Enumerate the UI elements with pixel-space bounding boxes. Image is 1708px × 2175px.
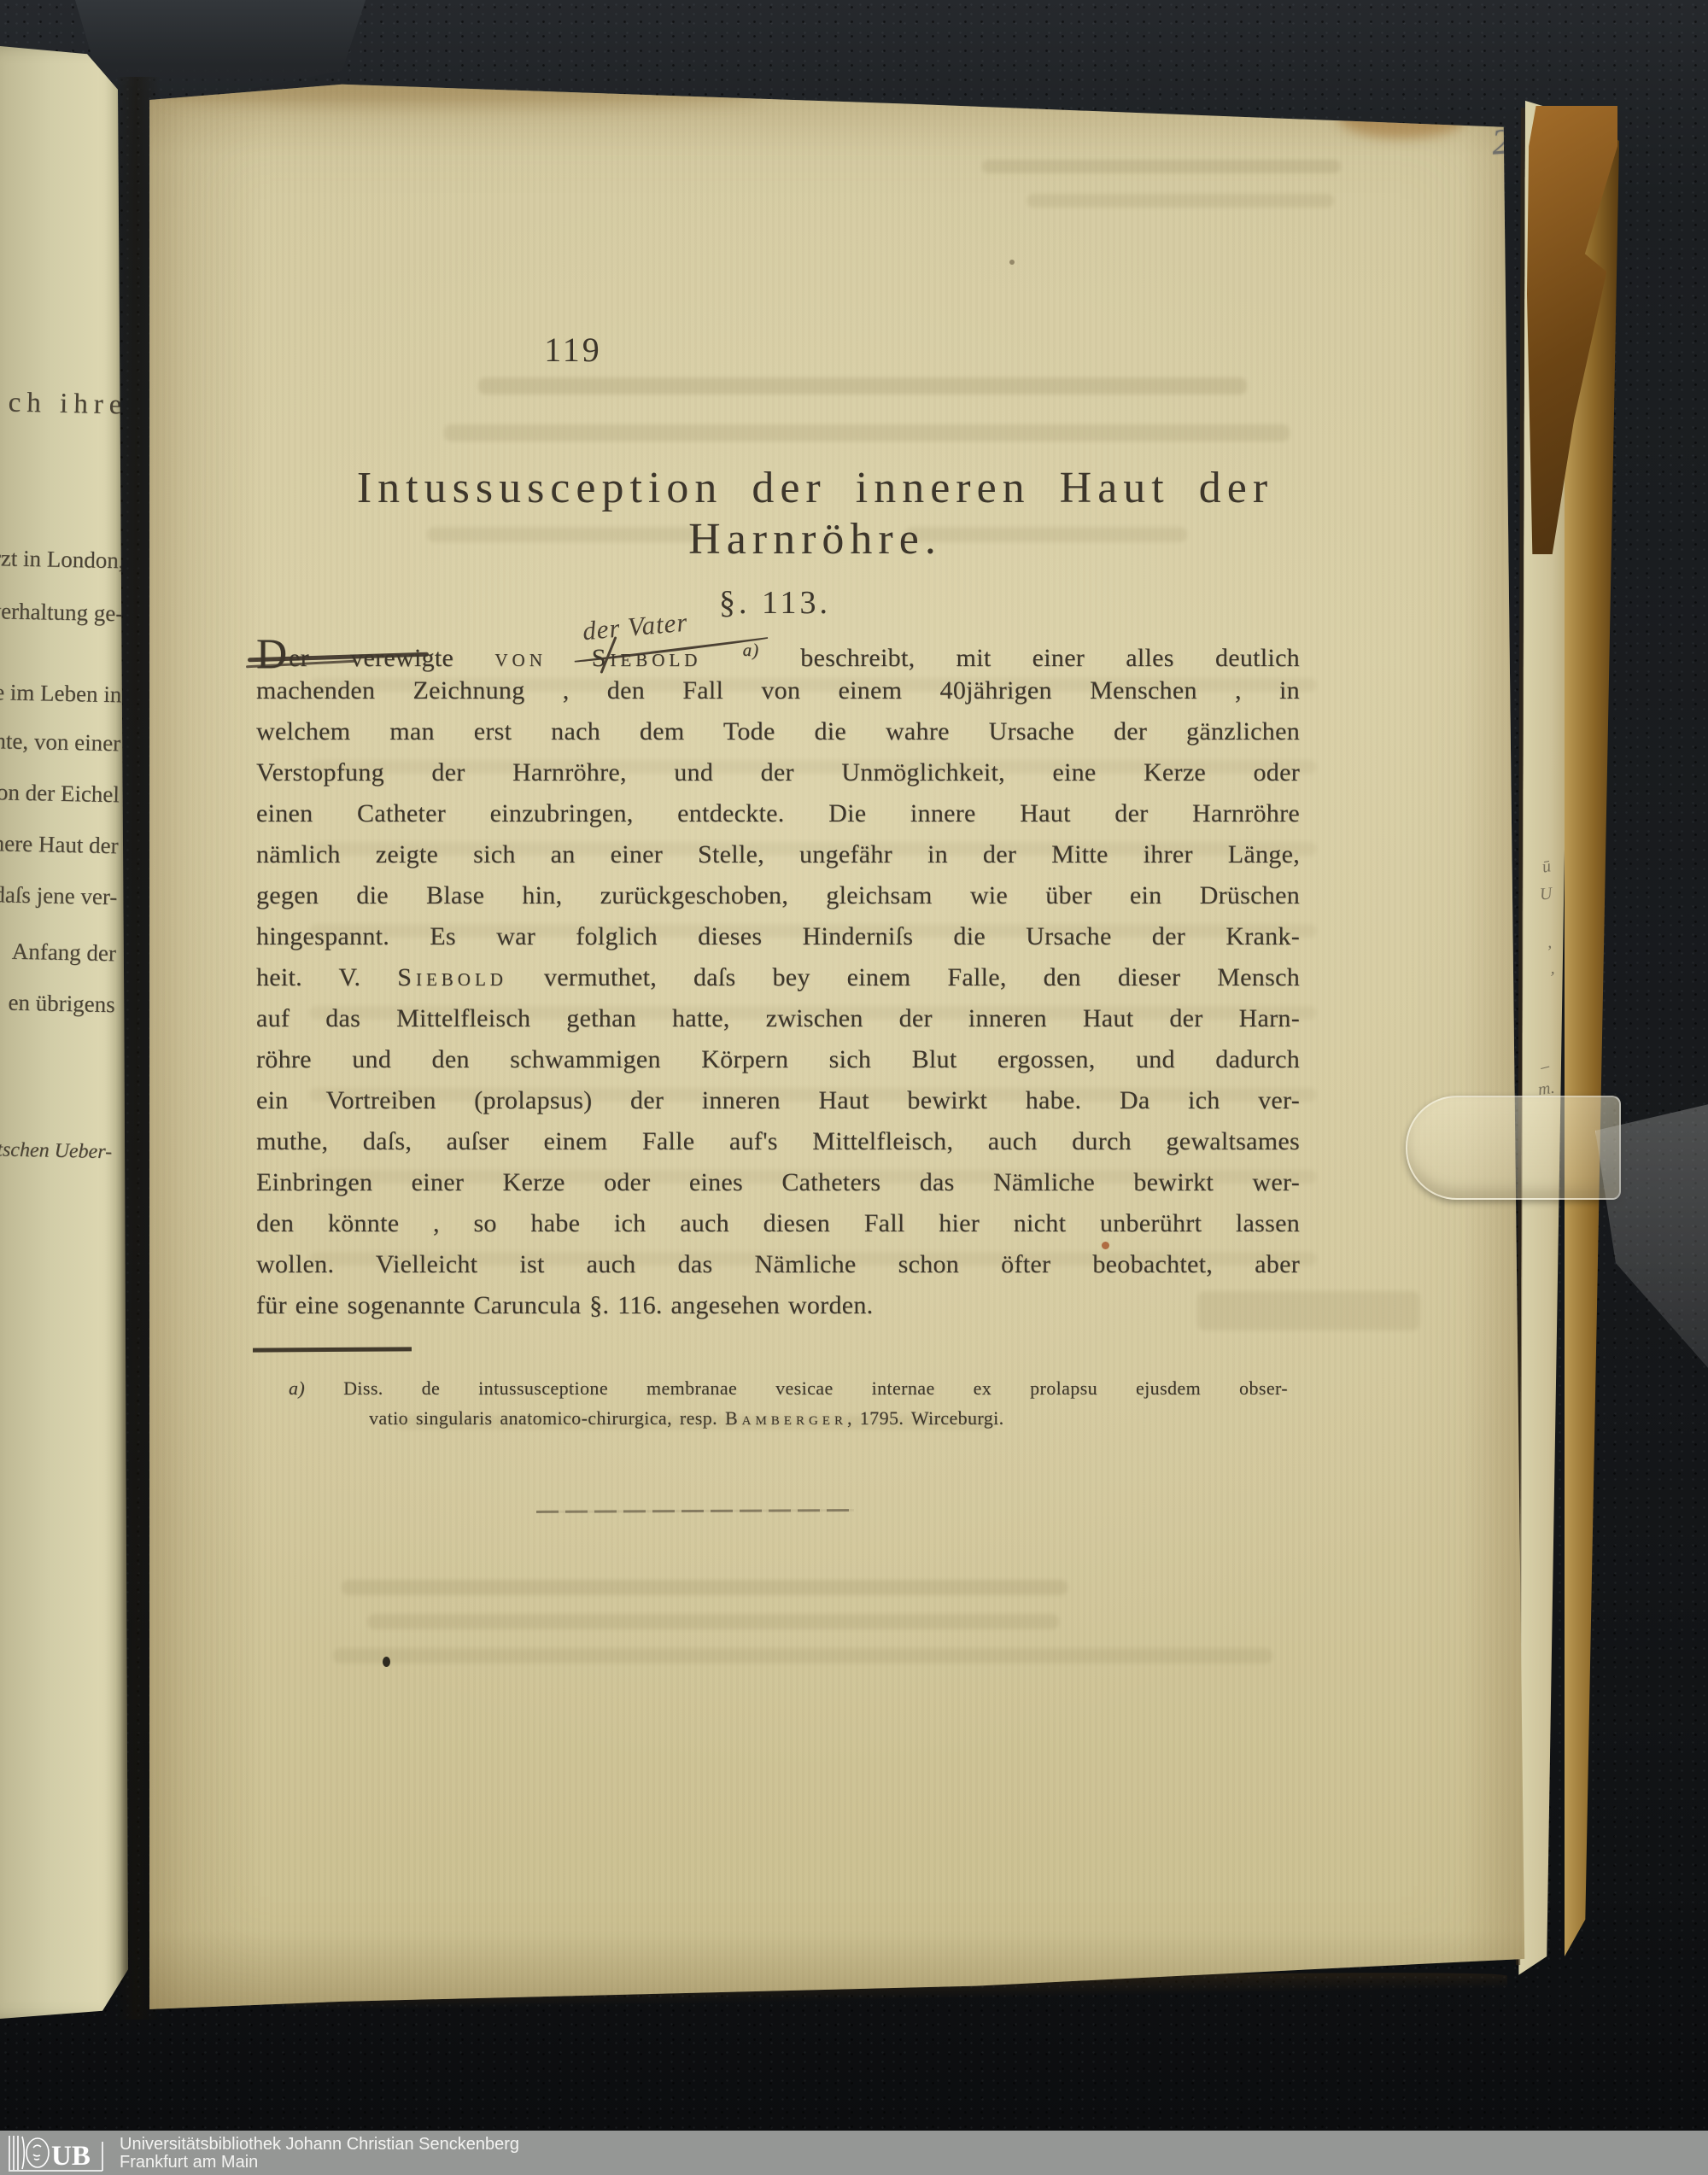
paper-spot bbox=[1102, 1242, 1109, 1249]
prev-page-text-fragment: ch ihre bbox=[8, 387, 127, 421]
ink-speck bbox=[383, 1657, 390, 1667]
ghost-showthrough-line bbox=[1027, 194, 1334, 208]
library-logo: UB bbox=[7, 2133, 106, 2172]
text-segment: wollen. Vielleicht ist auch das Nämliche… bbox=[256, 1250, 1300, 1278]
chapter-title-line2: Harnröhre. bbox=[118, 514, 1512, 564]
text-segment: den könnte , so habe ich auch diesen Fal… bbox=[256, 1209, 1300, 1237]
text-segment: nämlich zeigte sich an einer Stelle, ung… bbox=[256, 840, 1300, 868]
footnote-separator bbox=[253, 1347, 412, 1352]
margin-annotation: U bbox=[1539, 884, 1553, 904]
page-number: 119 bbox=[505, 330, 641, 370]
library-city: Frankfurt am Main bbox=[120, 2154, 519, 2171]
section-end-rule bbox=[536, 1509, 854, 1513]
text-segment: muthe, daſs, auſser einem Falle auf's Mi… bbox=[256, 1127, 1300, 1155]
library-name: Universitätsbibliothek Johann Christian … bbox=[120, 2136, 519, 2153]
body-line-line: gegen die Blase hin, zurückgeschoben, gl… bbox=[256, 875, 1300, 916]
margin-annotation: ʼ bbox=[1547, 968, 1554, 988]
prev-page-text-fragment: rzt in London, bbox=[0, 545, 125, 574]
text-segment: beschreibt, mit einer alles deutlich bbox=[759, 644, 1300, 672]
footnote-text: a) Diss. de intussusceptione membranae v… bbox=[289, 1373, 1288, 1433]
ghost-showthrough-line bbox=[342, 1580, 1067, 1595]
body-line-line: den könnte , so habe ich auch diesen Fal… bbox=[256, 1203, 1300, 1244]
ghost-showthrough-line bbox=[333, 1648, 1272, 1663]
page-holder-tab-film bbox=[1595, 1104, 1708, 1369]
text-segment: ein Vortreiben (prolapsus) der inneren H… bbox=[256, 1086, 1300, 1114]
fn-line-line: vatio singularis anatomico-chirurgica, r… bbox=[289, 1403, 1288, 1433]
body-line-line: auf das Mittelfleisch gethan hatte, zwis… bbox=[256, 998, 1300, 1039]
text-segment: D bbox=[256, 629, 289, 677]
prev-page-text-fragment: nte, von einer bbox=[0, 728, 120, 757]
text-segment bbox=[453, 644, 494, 672]
logo-ub-text: UB bbox=[51, 2141, 91, 2172]
ghost-showthrough-line bbox=[478, 377, 1247, 395]
body-line-line: einen Catheter einzubringen, entdeckte. … bbox=[256, 793, 1300, 834]
text-segment: Siebold bbox=[397, 963, 507, 991]
text-segment: heit. V. bbox=[256, 963, 397, 991]
paper-stain bbox=[1338, 94, 1466, 138]
body-line-line: Verstopfung der Harnröhre, und der Unmög… bbox=[256, 752, 1300, 793]
text-segment: Einbringen einer Kerze oder eines Cathet… bbox=[256, 1168, 1300, 1196]
text-segment: a) bbox=[289, 1377, 343, 1399]
body-line-line: heit. V. Siebold vermuthet, daſs bey ein… bbox=[256, 957, 1300, 998]
text-segment: a) bbox=[743, 640, 760, 660]
text-segment: für eine sogenannte Caruncula §. 116. an… bbox=[256, 1291, 873, 1319]
text-segment: er verewigte bbox=[289, 644, 453, 672]
text-segment: welchem man erst nach dem Tode die wahre… bbox=[256, 717, 1300, 745]
body-line-line: hingespannt. Es war folglich dieses Hind… bbox=[256, 916, 1300, 957]
text-segment: hingespannt. Es war folglich dieses Hind… bbox=[256, 922, 1300, 950]
prev-page-text-fragment: Anfang der bbox=[11, 938, 116, 968]
book-scan-viewer: ch ihrerzt in London,verhaltung ge-e im … bbox=[0, 0, 1708, 2175]
prev-page-text-fragment: e im Leben in bbox=[0, 679, 122, 708]
body-line-line: ein Vortreiben (prolapsus) der inneren H… bbox=[256, 1080, 1300, 1121]
margin-annotation: ʼ bbox=[1546, 943, 1552, 962]
text-segment: vermuthet, daſs bey einem Falle, den die… bbox=[507, 963, 1300, 991]
body-line-line: röhre und den schwammigen Körpern sich B… bbox=[256, 1039, 1300, 1080]
prev-page-text-fragment: on der Eichel bbox=[0, 779, 120, 808]
body-line-line: welchem man erst nach dem Tode die wahre… bbox=[256, 711, 1300, 752]
prev-page-text-fragment: verhaltung ge- bbox=[0, 598, 124, 627]
fn-line-line: a) Diss. de intussusceptione membranae v… bbox=[289, 1373, 1288, 1403]
text-segment: auf das Mittelfleisch gethan hatte, zwis… bbox=[256, 1004, 1300, 1032]
text-segment: einen Catheter einzubringen, entdeckte. … bbox=[256, 799, 1300, 827]
body-line-line: wollen. Vielleicht ist auch das Nämliche… bbox=[256, 1244, 1300, 1285]
page-holder-tab bbox=[1406, 1096, 1621, 1200]
text-segment bbox=[701, 644, 742, 672]
text-segment: röhre und den schwammigen Körpern sich B… bbox=[256, 1045, 1300, 1073]
body-line-line: Einbringen einer Kerze oder eines Cathet… bbox=[256, 1162, 1300, 1203]
text-segment: gegen die Blase hin, zurückgeschoben, gl… bbox=[256, 881, 1300, 909]
section-number: §. 113. bbox=[78, 584, 1472, 622]
ghost-showthrough-line bbox=[444, 424, 1290, 441]
library-footer-bar: UB Universitätsbibliothek Johann Christi… bbox=[0, 2131, 1708, 2175]
text-segment: , 1795. Wirceburgi. bbox=[847, 1407, 1004, 1429]
ghost-showthrough-line bbox=[367, 1614, 1059, 1629]
body-text: Der verewigte von Siebold a) beschreibt,… bbox=[256, 629, 1300, 1326]
text-segment: Verstopfung der Harnröhre, und der Unmög… bbox=[256, 758, 1300, 786]
library-name-block: Universitätsbibliothek Johann Christian … bbox=[120, 2136, 519, 2171]
paper-stain bbox=[164, 85, 762, 108]
body-line-line: nämlich zeigte sich an einer Stelle, ung… bbox=[256, 834, 1300, 875]
text-segment: machenden Zeichnung , den Fall von einem… bbox=[256, 676, 1300, 705]
text-segment: Diss. de intussusceptione membranae vesi… bbox=[343, 1377, 1288, 1399]
body-line-line: muthe, daſs, auſser einem Falle auf's Mi… bbox=[256, 1121, 1300, 1162]
chapter-title-line1: Intussusception der inneren Haut der bbox=[118, 463, 1512, 513]
prev-page-text-fragment: eutschen Ueber- bbox=[0, 1138, 112, 1164]
text-segment: von Siebold bbox=[494, 644, 701, 672]
prev-page-text-fragment: en übrigens bbox=[8, 990, 115, 1019]
body-line-line: machenden Zeichnung , den Fall von einem… bbox=[256, 670, 1300, 711]
paper-spot bbox=[1009, 260, 1015, 265]
ghost-showthrough-line bbox=[982, 160, 1341, 173]
scanned-page: 22 119 Intussusception der inneren Haut … bbox=[138, 79, 1533, 2017]
text-segment: vatio singularis anatomico-chirurgica, r… bbox=[369, 1407, 725, 1429]
previous-page-edge: ch ihrerzt in London,verhaltung ge-e im … bbox=[0, 46, 128, 2019]
text-segment: Bamberger bbox=[725, 1407, 847, 1429]
prev-page-text-fragment: nere Haut der bbox=[0, 830, 119, 859]
body-line-line: Der verewigte von Siebold a) beschreibt,… bbox=[256, 629, 1300, 670]
prev-page-text-fragment: daſs jene ver- bbox=[0, 881, 118, 910]
body-line-line: für eine sogenannte Caruncula §. 116. an… bbox=[256, 1285, 1300, 1326]
